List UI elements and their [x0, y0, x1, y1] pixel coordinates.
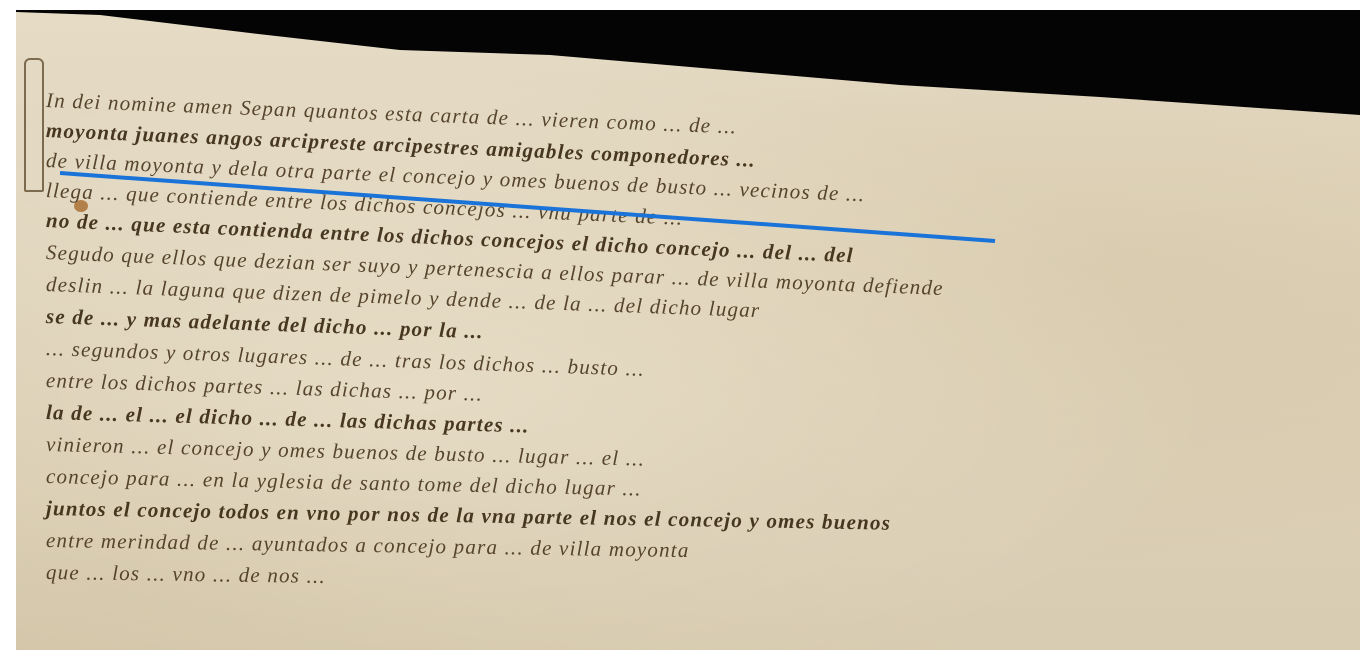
manuscript-text: In dei nomine amen Sepan quantos esta ca… [16, 10, 1360, 650]
manuscript-line: que ... los ... vno ... de nos ... [46, 560, 326, 589]
manuscript-line: entre merindad de ... ayuntados a concej… [46, 528, 690, 563]
manuscript-line: concejo para ... en la yglesia de santo … [46, 464, 642, 501]
manuscript-image: In dei nomine amen Sepan quantos esta ca… [16, 10, 1360, 650]
